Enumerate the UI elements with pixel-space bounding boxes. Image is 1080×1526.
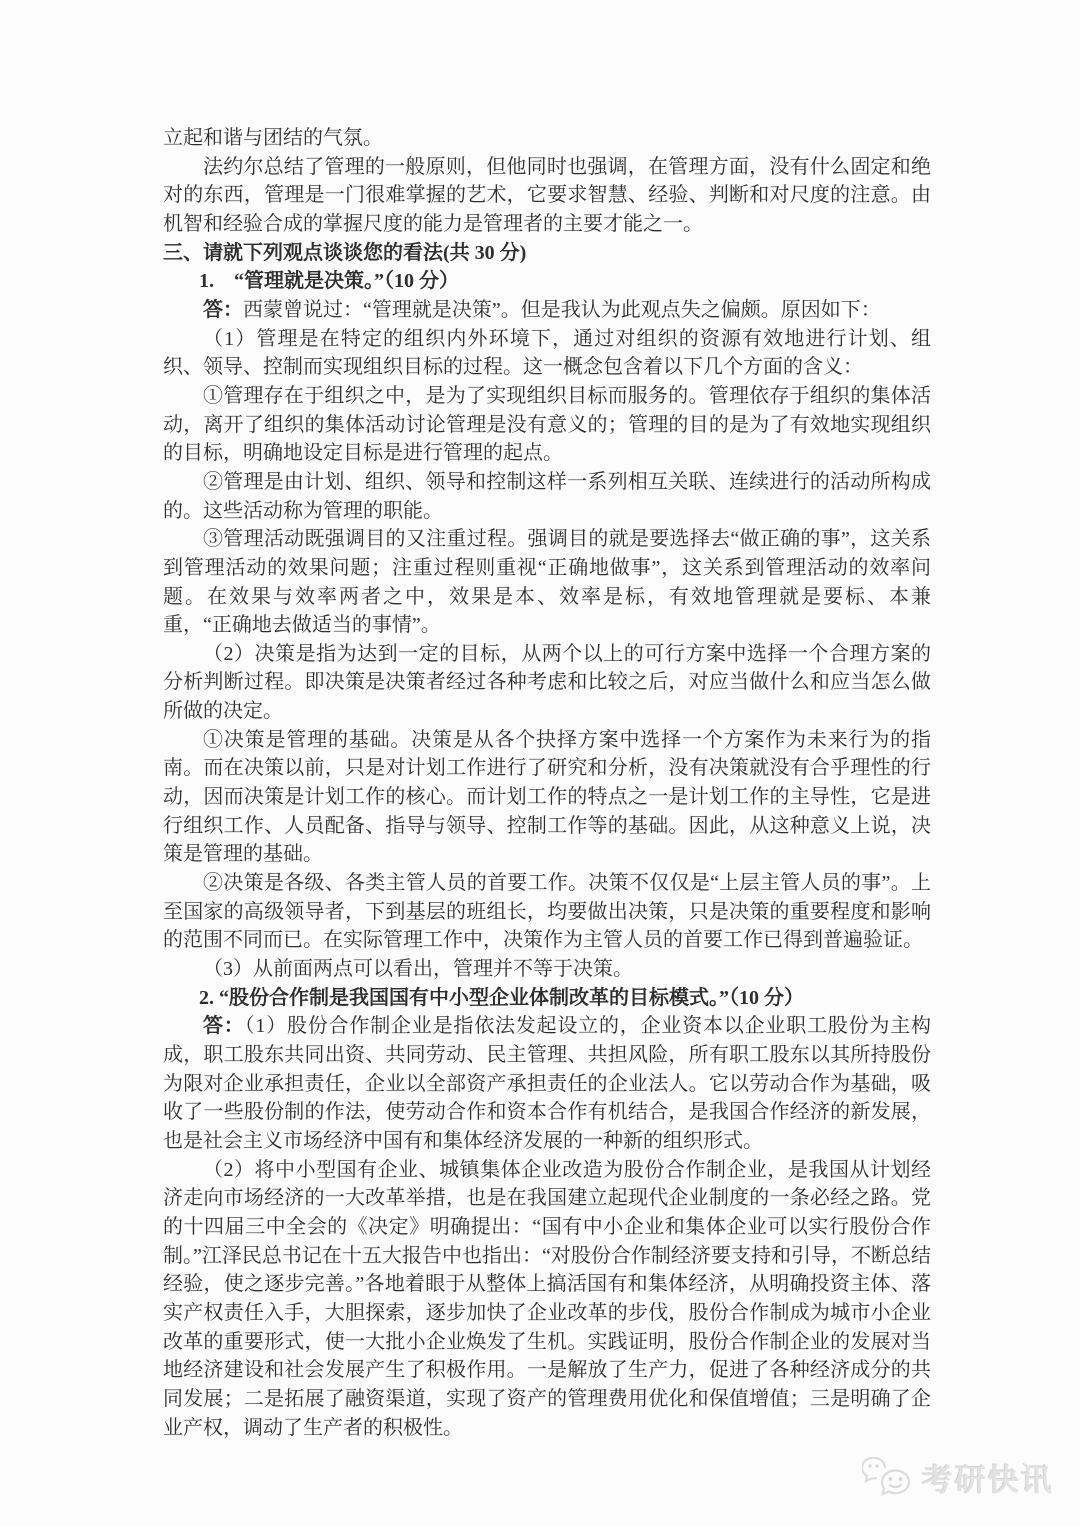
answer-1-intro: 答：西蒙曾说过：“管理就是决策”。但是我认为此观点失之偏颇。原因如下： xyxy=(163,296,931,325)
answer-2-point-1-text: （1）股份合作制企业是指依法发起设立的，企业资本以企业职工股份为主构成，职工股东… xyxy=(163,1015,931,1152)
answer-2-point-1: 答：（1）股份合作制企业是指依法发起设立的，企业资本以企业职工股份为主构成，职工… xyxy=(163,1012,931,1155)
section-3-heading: 三、请就下列观点谈谈您的看法(共 30 分) xyxy=(163,239,931,268)
answer-label: 答： xyxy=(203,299,243,321)
paragraph-fayol: 法约尔总结了管理的一般原则，但他同时也强调，在管理方面，没有什么固定和绝对的东西… xyxy=(163,153,931,239)
paragraph-continuation: 立起和谐与团结的气氛。 xyxy=(163,124,931,153)
answer-1-point-2: （2）决策是指为达到一定的目标，从两个以上的可行方案中选择一个合理方案的分析判断… xyxy=(163,640,931,726)
answer-1-point-2-sub-1: ①决策是管理的基础。决策是从各个抉择方案中选择一个方案作为未来行为的指南。而在决… xyxy=(163,726,931,869)
answer-1-point-1: （1）管理是在特定的组织内外环境下，通过对组织的资源有效地进行计划、组织、领导、… xyxy=(163,325,931,382)
wechat-chat-bubbles-icon xyxy=(862,1457,914,1499)
document-content: 立起和谐与团结的气氛。 法约尔总结了管理的一般原则，但他同时也强调，在管理方面，… xyxy=(163,124,931,1442)
watermark: 考研快讯 xyxy=(862,1455,1054,1500)
answer-1-point-3: （3）从前面两点可以看出，管理并不等于决策。 xyxy=(163,955,931,984)
watermark-label: 考研快讯 xyxy=(922,1455,1054,1500)
question-2-title: 2. “股份合作制是我国国有中小型企业体制改革的目标模式。”（10 分） xyxy=(163,984,931,1013)
answer-1-point-1-sub-1: ①管理存在于组织之中，是为了实现组织目标而服务的。管理依存于组织的集体活动，离开… xyxy=(163,382,931,468)
answer-label: 答： xyxy=(203,1015,245,1037)
question-1-title: 1. “管理就是决策。”（10 分） xyxy=(163,267,931,296)
answer-1-point-2-sub-2: ②决策是各级、各类主管人员的首要工作。决策不仅仅是“上层主管人员的事”。上至国家… xyxy=(163,869,931,955)
answer-1-point-1-sub-3: ③管理活动既强调目的又注重过程。强调目的就是要选择去“做正确的事”，这关系到管理… xyxy=(163,525,931,640)
document-page: 立起和谐与团结的气氛。 法约尔总结了管理的一般原则，但他同时也强调，在管理方面，… xyxy=(0,0,1080,1526)
answer-2-point-2: （2）将中小型国有企业、城镇集体企业改造为股份合作制企业，是我国从计划经济走向市… xyxy=(163,1156,931,1443)
answer-1-point-1-sub-2: ②管理是由计划、组织、领导和控制这样一系列相互关联、连续进行的活动所构成的。这些… xyxy=(163,468,931,525)
answer-1-intro-text: 西蒙曾说过：“管理就是决策”。但是我认为此观点失之偏颇。原因如下： xyxy=(243,299,881,321)
